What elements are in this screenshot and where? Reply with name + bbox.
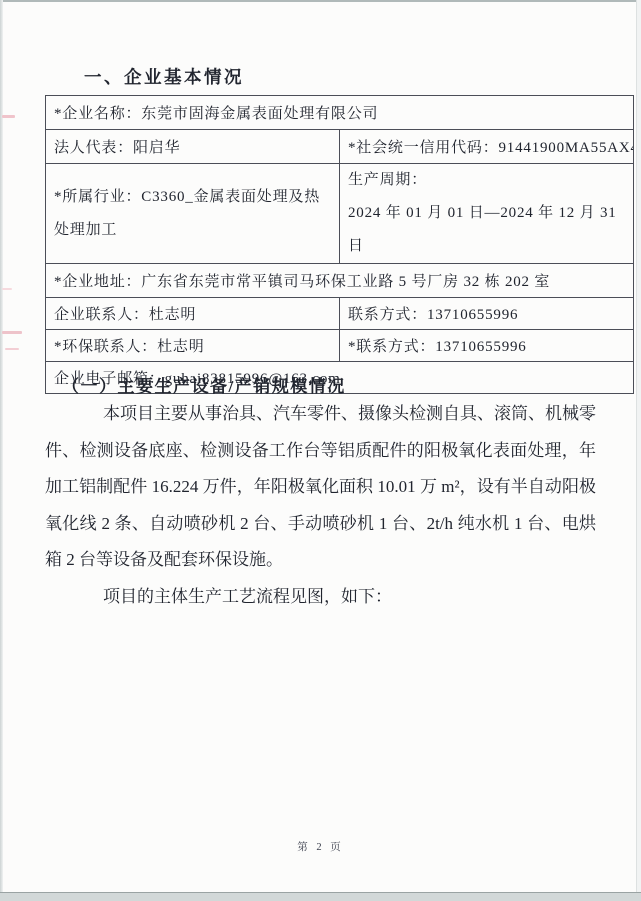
cell-company-contact: 企业联系人：杜志明 [46, 298, 340, 330]
section-body: 本项目主要从事治具、汽车零件、摄像头检测自具、滚筒、机械零件、检测设备底座、检测… [45, 396, 596, 616]
cell-industry: *所属行业：C3360_金属表面处理及热 处理加工 [46, 164, 340, 264]
cell-env-contact-phone: *联系方式：13710655996 [340, 330, 634, 362]
margin-bleed-mark [2, 288, 12, 290]
cell-env-contact: *环保联系人：杜志明 [46, 330, 340, 362]
page-number: 第 2 页 [0, 839, 641, 854]
table-row: *企业名称：东莞市固海金属表面处理有限公司 [46, 96, 634, 130]
cell-legal-representative: 法人代表：阳启华 [46, 130, 340, 164]
margin-bleed-mark [2, 115, 15, 118]
cell-production-period: 生产周期： 2024 年 01 月 01 日—2024 年 12 月 31 日 [340, 164, 634, 264]
scan-edge-left [0, 0, 3, 901]
section-heading: （一）主要生产设备/产销规模情况 [62, 372, 346, 397]
scan-edge-right [637, 0, 641, 901]
table-row: *所属行业：C3360_金属表面处理及热 处理加工 生产周期： 2024 年 0… [46, 164, 634, 264]
cell-company-address: *企业地址：广东省东莞市常平镇司马环保工业路 5 号厂房 32 栋 202 室 [46, 264, 634, 298]
cell-credit-code: *社会统一信用代码：91441900MA55AX443U [340, 130, 634, 164]
table-row: 企业联系人：杜志明 联系方式：13710655996 [46, 298, 634, 330]
company-info-table: *企业名称：东莞市固海金属表面处理有限公司 法人代表：阳启华 *社会统一信用代码… [45, 95, 634, 394]
cell-company-name: *企业名称：东莞市固海金属表面处理有限公司 [46, 96, 634, 130]
paragraph-process-flow-intro: 项目的主体生产工艺流程见图，如下： [45, 579, 596, 616]
scan-edge-bottom [0, 893, 641, 901]
table-row: *企业地址：广东省东莞市常平镇司马环保工业路 5 号厂房 32 栋 202 室 [46, 264, 634, 298]
scan-edge-top [0, 0, 641, 2]
cell-contact-phone: 联系方式：13710655996 [340, 298, 634, 330]
margin-bleed-mark [5, 348, 19, 350]
table-row: 法人代表：阳启华 *社会统一信用代码：91441900MA55AX443U [46, 130, 634, 164]
scanned-document-page: 一、企业基本情况 *企业名称：东莞市固海金属表面处理有限公司 法人代表：阳启华 … [0, 0, 641, 901]
paragraph-production-overview: 本项目主要从事治具、汽车零件、摄像头检测自具、滚筒、机械零件、检测设备底座、检测… [45, 396, 596, 579]
page-title: 一、企业基本情况 [84, 64, 244, 89]
margin-bleed-mark [2, 331, 22, 334]
table-row: *环保联系人：杜志明 *联系方式：13710655996 [46, 330, 634, 362]
